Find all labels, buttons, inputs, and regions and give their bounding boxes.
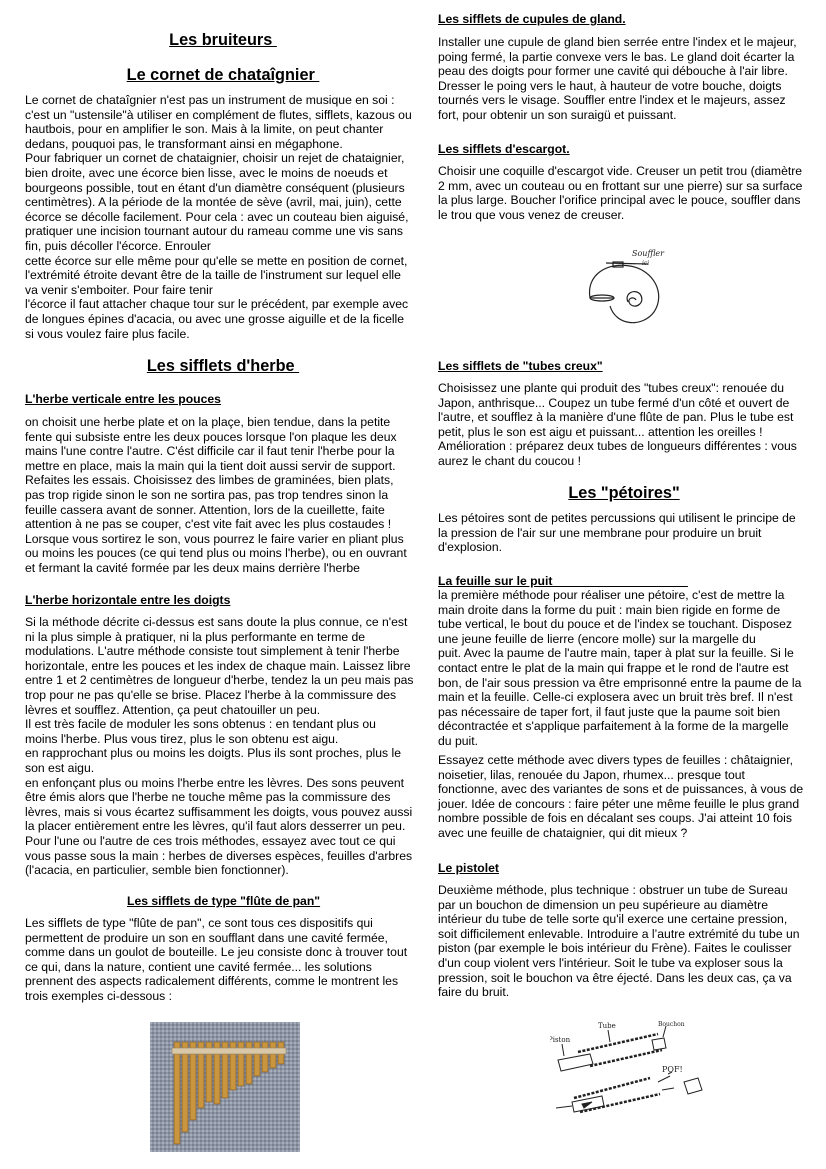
cornet-title: Le cornet de chataîgnier	[25, 66, 421, 85]
herbe-vertical-title: L'herbe verticale entre les pouces	[25, 392, 221, 406]
gland-text: Installer une cupule de gland bien serré…	[438, 35, 810, 123]
svg-text:Souffler: Souffler	[632, 249, 665, 258]
snail-whistle-sketch: Souffler ici	[568, 240, 678, 330]
puit-title: La feuille sur le puit	[438, 574, 688, 588]
pan-flute-photo	[150, 1022, 300, 1152]
svg-text:Piston: Piston	[550, 1036, 571, 1044]
tubes-title: Les sifflets de "tubes creux"	[438, 359, 603, 373]
svg-text:Bouchon: Bouchon	[658, 1021, 685, 1028]
puit-text: la première méthode pour réaliser une pé…	[438, 588, 810, 749]
cornet-text: Le cornet de chataîgnier n'est pas un in…	[25, 93, 421, 341]
petoires-intro: Les pétoires sont de petites percussions…	[438, 511, 810, 555]
flute-text: Les sifflets de type "flûte de pan", ce …	[25, 916, 421, 1004]
herbe-title: Les sifflets d'herbe	[25, 357, 421, 376]
pistol-sketch: Piston Tube Bouchon POF!	[550, 1020, 715, 1120]
gland-title: Les sifflets de cupules de gland.	[438, 12, 626, 26]
tubes-text: Choisissez une plante qui produit des "t…	[438, 381, 810, 469]
main-title: Les bruiteurs	[25, 31, 421, 50]
petoires-title: Les "pétoires"	[438, 484, 810, 503]
escargot-title: Les sifflets d'escargot.	[438, 142, 570, 156]
flute-title: Les sifflets de type "flûte de pan"	[127, 894, 320, 908]
escargot-text: Choisir une coquille d'escargot vide. Cr…	[438, 164, 810, 222]
pistolet-text: Deuxième méthode, plus technique : obstr…	[438, 883, 810, 1000]
svg-text:POF!: POF!	[662, 1065, 683, 1074]
svg-text:Tube: Tube	[598, 1022, 616, 1030]
pistolet-title: Le pistolet	[438, 861, 499, 875]
puit-text-2: Essayez cette méthode avec divers types …	[438, 753, 810, 841]
herbe-horizontal-text: Si la méthode décrite ci-dessus est sans…	[25, 615, 421, 878]
herbe-horizontal-title: L'herbe horizontale entre les doigts	[25, 593, 230, 607]
svg-text:ici: ici	[642, 260, 649, 267]
herbe-vertical-text: on choisit une herbe plate et on la plaç…	[25, 415, 421, 576]
